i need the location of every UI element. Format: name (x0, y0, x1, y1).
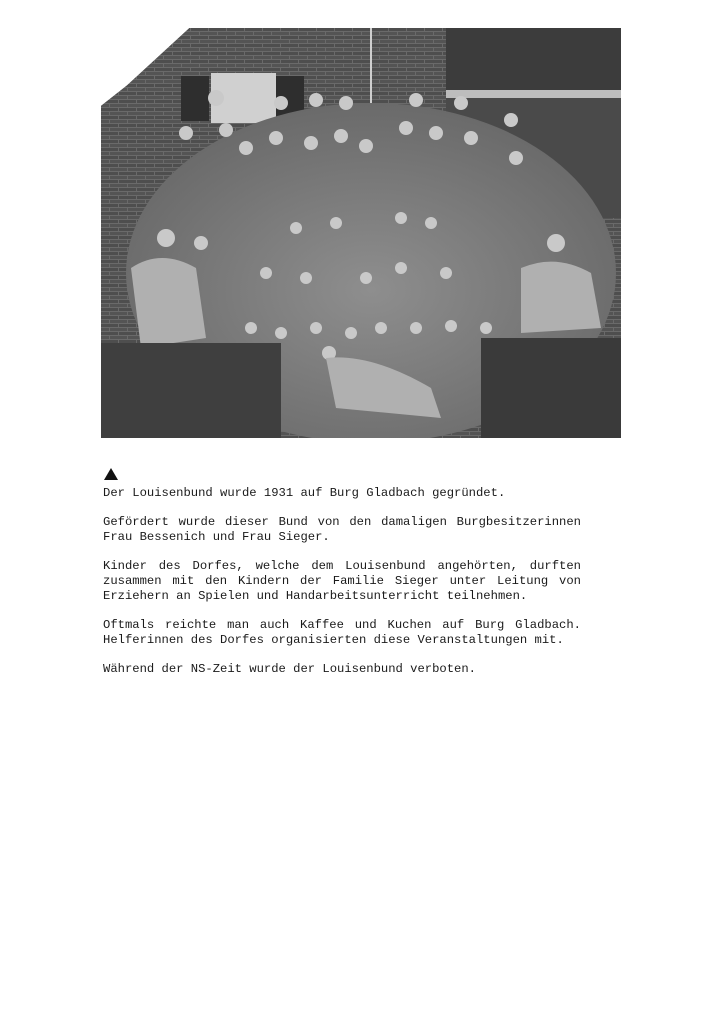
paragraph-sponsors: Gefördert wurde dieser Bund von den dama… (103, 515, 581, 545)
caption-text: Der Louisenbund wurde 1931 auf Burg Glad… (103, 486, 581, 691)
paragraph-activities: Kinder des Dorfes, welche dem Louisenbun… (103, 559, 581, 604)
paragraph-founding: Der Louisenbund wurde 1931 auf Burg Glad… (103, 486, 581, 501)
paragraph-ban: Während der NS-Zeit wurde der Louisenbun… (103, 662, 581, 677)
photo-illustration (101, 28, 621, 438)
text-line: Oftmals reichte man auch Kaffee und Kuch… (103, 618, 581, 633)
text-line: Während der NS-Zeit wurde der Louisenbun… (103, 662, 581, 677)
text-line: Erziehern an Spielen und Handarbeitsunte… (103, 589, 581, 604)
triangle-up-icon (104, 468, 118, 480)
text-line: zusammen mit den Kindern der Familie Sie… (103, 574, 581, 589)
text-line: Helferinnen des Dorfes organisierten die… (103, 633, 581, 648)
group-photo (101, 28, 621, 438)
text-line: Kinder des Dorfes, welche dem Louisenbun… (103, 559, 581, 574)
text-line: Gefördert wurde dieser Bund von den dama… (103, 515, 581, 530)
text-line: Der Louisenbund wurde 1931 auf Burg Glad… (103, 486, 581, 501)
text-line: Frau Bessenich und Frau Sieger. (103, 530, 581, 545)
paragraph-coffee: Oftmals reichte man auch Kaffee und Kuch… (103, 618, 581, 648)
